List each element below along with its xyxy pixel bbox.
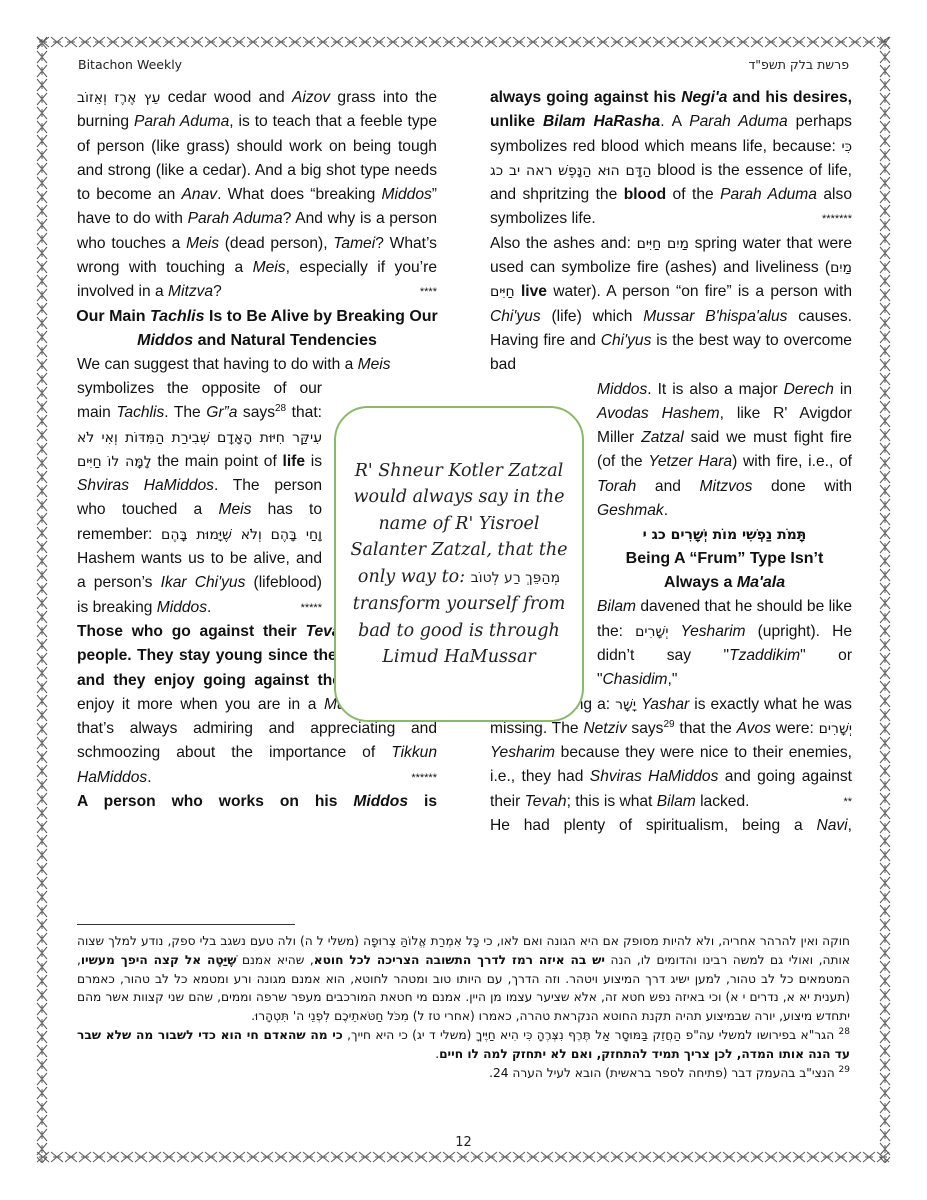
- text: .: [147, 769, 151, 786]
- section-divider-stars: ******: [411, 766, 437, 790]
- border-right: [879, 36, 891, 1163]
- hebrew-quote: יְשָׁרִים: [819, 721, 852, 737]
- section-heading: Our Main Tachlis Is to Be Alive by Break…: [69, 305, 445, 353]
- emphasis: always going against his: [490, 89, 681, 106]
- footnote-continuation: חוקה ואין להרהר אחריה, ולא להיות מסופק א…: [77, 932, 850, 1026]
- paragraph: symbolizes the opposite of our main Tach…: [77, 377, 322, 620]
- border-bottom: [36, 1151, 891, 1163]
- paragraph: עֵץ אֶרֶז וְאֵזוֹב cedar wood and Aizov …: [77, 86, 437, 305]
- term: Mussar B'hispa'alus: [643, 308, 787, 325]
- paragraph: A person who works on his Middos is: [77, 790, 437, 814]
- hebrew-quote: מְהַפֵּךְ רַע לְטוֹב: [471, 570, 560, 586]
- paragraph: Also the ashes and: מַיִם חַיִּים spring…: [490, 232, 852, 378]
- paragraph: He had plenty of spiritualism, being a N…: [490, 814, 852, 838]
- term: Zatzal: [641, 429, 683, 446]
- term: Middos: [382, 186, 432, 203]
- section-divider-stars: **: [843, 790, 852, 814]
- term: Yesharim: [681, 623, 746, 640]
- text: that:: [286, 404, 322, 421]
- footnote-ref[interactable]: 29: [663, 719, 674, 730]
- text: water). A person “on fire” is a person w…: [547, 283, 852, 300]
- term: Tamei: [333, 235, 375, 252]
- term: Chi'yus: [601, 332, 652, 349]
- text: .: [207, 599, 211, 616]
- hebrew-quote: תָּמֹת נַפְשִׁי מוֹת יְשָׁרִים כג י: [643, 527, 807, 543]
- term: Parah Aduma: [689, 113, 787, 130]
- text: that the: [675, 720, 737, 737]
- term: Ma'ala: [737, 574, 785, 591]
- footnote-28: 28 הגר"א בפירושו למשלי עה"פ הַחֲזֵק בַּמ…: [77, 1026, 850, 1064]
- text: He had plenty of spiritualism, being a: [490, 817, 816, 834]
- term: Middos: [157, 599, 207, 616]
- text: Our Main: [76, 308, 150, 325]
- term: Chasidim: [603, 671, 668, 688]
- term: Parah Aduma: [134, 113, 229, 130]
- text: ,": [668, 671, 678, 688]
- term: Chi'yus: [490, 308, 541, 325]
- emphasis: life: [283, 453, 306, 470]
- section-heading-hebrew: תָּמֹת נַפְשִׁי מוֹת יְשָׁרִים כג י: [597, 523, 852, 547]
- page-header: Bitachon Weekly פרשת בלק תשפ"ד: [78, 57, 849, 77]
- text: Also the ashes and:: [490, 235, 637, 252]
- term: Middos: [137, 332, 193, 349]
- text: , שהיא אמנם: [236, 953, 313, 967]
- text: Being A “Frum” Type Isn’t Always a: [626, 550, 824, 591]
- text: .: [664, 502, 668, 519]
- hebrew-quote: יָשָׁר: [615, 697, 636, 713]
- border-left: [36, 36, 48, 1163]
- term: Tzaddikim: [729, 647, 800, 664]
- term: Avos: [737, 720, 771, 737]
- emphasis: live: [521, 283, 547, 300]
- text: ?: [213, 283, 222, 300]
- text: lacked.: [696, 793, 750, 810]
- term: Navi: [816, 817, 847, 834]
- term: Tachlis: [150, 308, 205, 325]
- text: and Natural Tendencies: [193, 332, 377, 349]
- term: Avodas Hashem: [597, 405, 720, 422]
- term: Shviras HaMiddos: [590, 768, 719, 785]
- text: of the: [666, 186, 720, 203]
- text: . A: [660, 113, 689, 130]
- term: Derech: [784, 381, 834, 398]
- term: Negi'a: [681, 89, 727, 106]
- hebrew-quote: עֵץ אֶרֶז וְאֵזוֹב: [77, 90, 160, 106]
- text: and: [636, 478, 699, 495]
- term: Yetzer Hara: [648, 453, 732, 470]
- term: Bilam: [597, 598, 636, 615]
- term: Meis: [358, 356, 391, 373]
- term: Middos: [597, 381, 647, 398]
- pull-quote-text: R' Shneur Kotler Zatzal would always say…: [336, 458, 582, 671]
- text: We can suggest that having to do with a: [77, 356, 358, 373]
- footnote-number: 28: [839, 1027, 850, 1037]
- term: Meis: [186, 235, 219, 252]
- term: Geshmak: [597, 502, 664, 519]
- term: Parah Aduma: [720, 186, 817, 203]
- text: ) with fire, i.e., of: [732, 453, 852, 470]
- text: the main point of: [152, 453, 283, 470]
- parsha-title: פרשת בלק תשפ"ד: [748, 57, 849, 72]
- emphasis: שֶׁיַּטֶה אל קצה היפך מעשיו: [81, 953, 237, 967]
- text: (life) which: [541, 308, 644, 325]
- text: הנצי"ב בהעמק דבר (פתיחה לספר בראשית) הוב…: [489, 1066, 838, 1080]
- section-divider-stars: *****: [301, 596, 322, 620]
- term: Middos: [353, 793, 408, 810]
- footnote-ref[interactable]: 28: [275, 403, 286, 414]
- text: [668, 623, 680, 640]
- text: is: [305, 453, 322, 470]
- text: says: [237, 404, 275, 421]
- emphasis: יש בה איזה רמז לדרך התשובה הצריכה לכל חו…: [314, 953, 605, 967]
- text: . It is also a major: [647, 381, 783, 398]
- hebrew-quote: מַיִם חַיִּים: [637, 236, 689, 252]
- text: done with: [752, 478, 852, 495]
- text: ; this is what: [567, 793, 657, 810]
- text: Is to Be Alive by Breaking Our: [205, 308, 438, 325]
- text: ,: [848, 817, 852, 834]
- text: cedar wood and: [160, 89, 292, 106]
- section-heading-block: תָּמֹת נַפְשִׁי מוֹת יְשָׁרִים כג י Bein…: [597, 523, 852, 595]
- text: . What does “breaking: [217, 186, 381, 203]
- term: Anav: [182, 186, 218, 203]
- term: Aizov: [292, 89, 330, 106]
- text: transform yourself from bad to good is t…: [353, 594, 566, 667]
- text: . The: [164, 404, 206, 421]
- term: Torah: [597, 478, 636, 495]
- footnote-separator: [77, 924, 295, 925]
- border-top: [36, 36, 891, 48]
- section-divider-stars: ****: [420, 280, 437, 304]
- paragraph: always going against his Negi'a and his …: [490, 86, 852, 232]
- term: Tachlis: [116, 404, 164, 421]
- hebrew-quote: יְשָׁרִים: [635, 624, 668, 640]
- pull-quote-box: R' Shneur Kotler Zatzal would always say…: [334, 406, 584, 722]
- text: says: [627, 720, 664, 737]
- term: Ikar Chi'yus: [161, 574, 246, 591]
- emphasis: blood: [624, 186, 666, 203]
- term: Meis: [218, 501, 251, 518]
- term: Shviras HaMiddos: [77, 477, 214, 494]
- paragraph: We can suggest that having to do with a …: [77, 353, 437, 377]
- text: is: [408, 793, 437, 810]
- footnote-number: 29: [839, 1065, 850, 1075]
- term: Bilam: [657, 793, 696, 810]
- section-divider-stars: *******: [822, 207, 852, 231]
- text: Those who go against their: [77, 623, 306, 640]
- footnotes: חוקה ואין להרהר אחריה, ולא להיות מסופק א…: [77, 932, 850, 1082]
- term: Mitzva: [168, 283, 213, 300]
- section-heading: Being A “Frum” Type Isn’t Always a Ma'al…: [597, 547, 852, 595]
- text: were:: [771, 720, 819, 737]
- term: Parah Aduma: [188, 210, 283, 227]
- term: Meis: [253, 259, 286, 276]
- page-number: 12: [0, 1135, 927, 1150]
- text: A person who works on his: [77, 793, 353, 810]
- paragraph: Bilam davened that he should be like the…: [597, 595, 852, 692]
- text: (dead person),: [219, 235, 333, 252]
- term: Bilam HaRasha: [543, 113, 660, 130]
- text: that’s always admiring and appreciating …: [77, 720, 437, 761]
- term: Netziv: [583, 720, 626, 737]
- hebrew-quote: וָחַי בָּהֶם וְלֹא שֶׁיָּמוּת בָּהֶם: [161, 527, 322, 543]
- footnote-29: 29 הנצי"ב בהעמק דבר (פתיחה לספר בראשית) …: [77, 1064, 850, 1083]
- text: in: [834, 381, 852, 398]
- term: Yashar: [641, 696, 689, 713]
- text: R' Shneur Kotler Zatzal would always say…: [350, 461, 567, 587]
- publication-title: Bitachon Weekly: [78, 57, 182, 72]
- term: Tevah: [525, 793, 567, 810]
- text: הגר"א בפירושו למשלי עה"פ הַחֲזֵק בַּמּוּ…: [343, 1028, 839, 1042]
- term: Gr”a: [206, 404, 237, 421]
- term: Mitzvos: [700, 478, 753, 495]
- paragraph: Middos. It is also a major Derech in Avo…: [597, 378, 852, 524]
- term: Yesharim: [490, 744, 555, 761]
